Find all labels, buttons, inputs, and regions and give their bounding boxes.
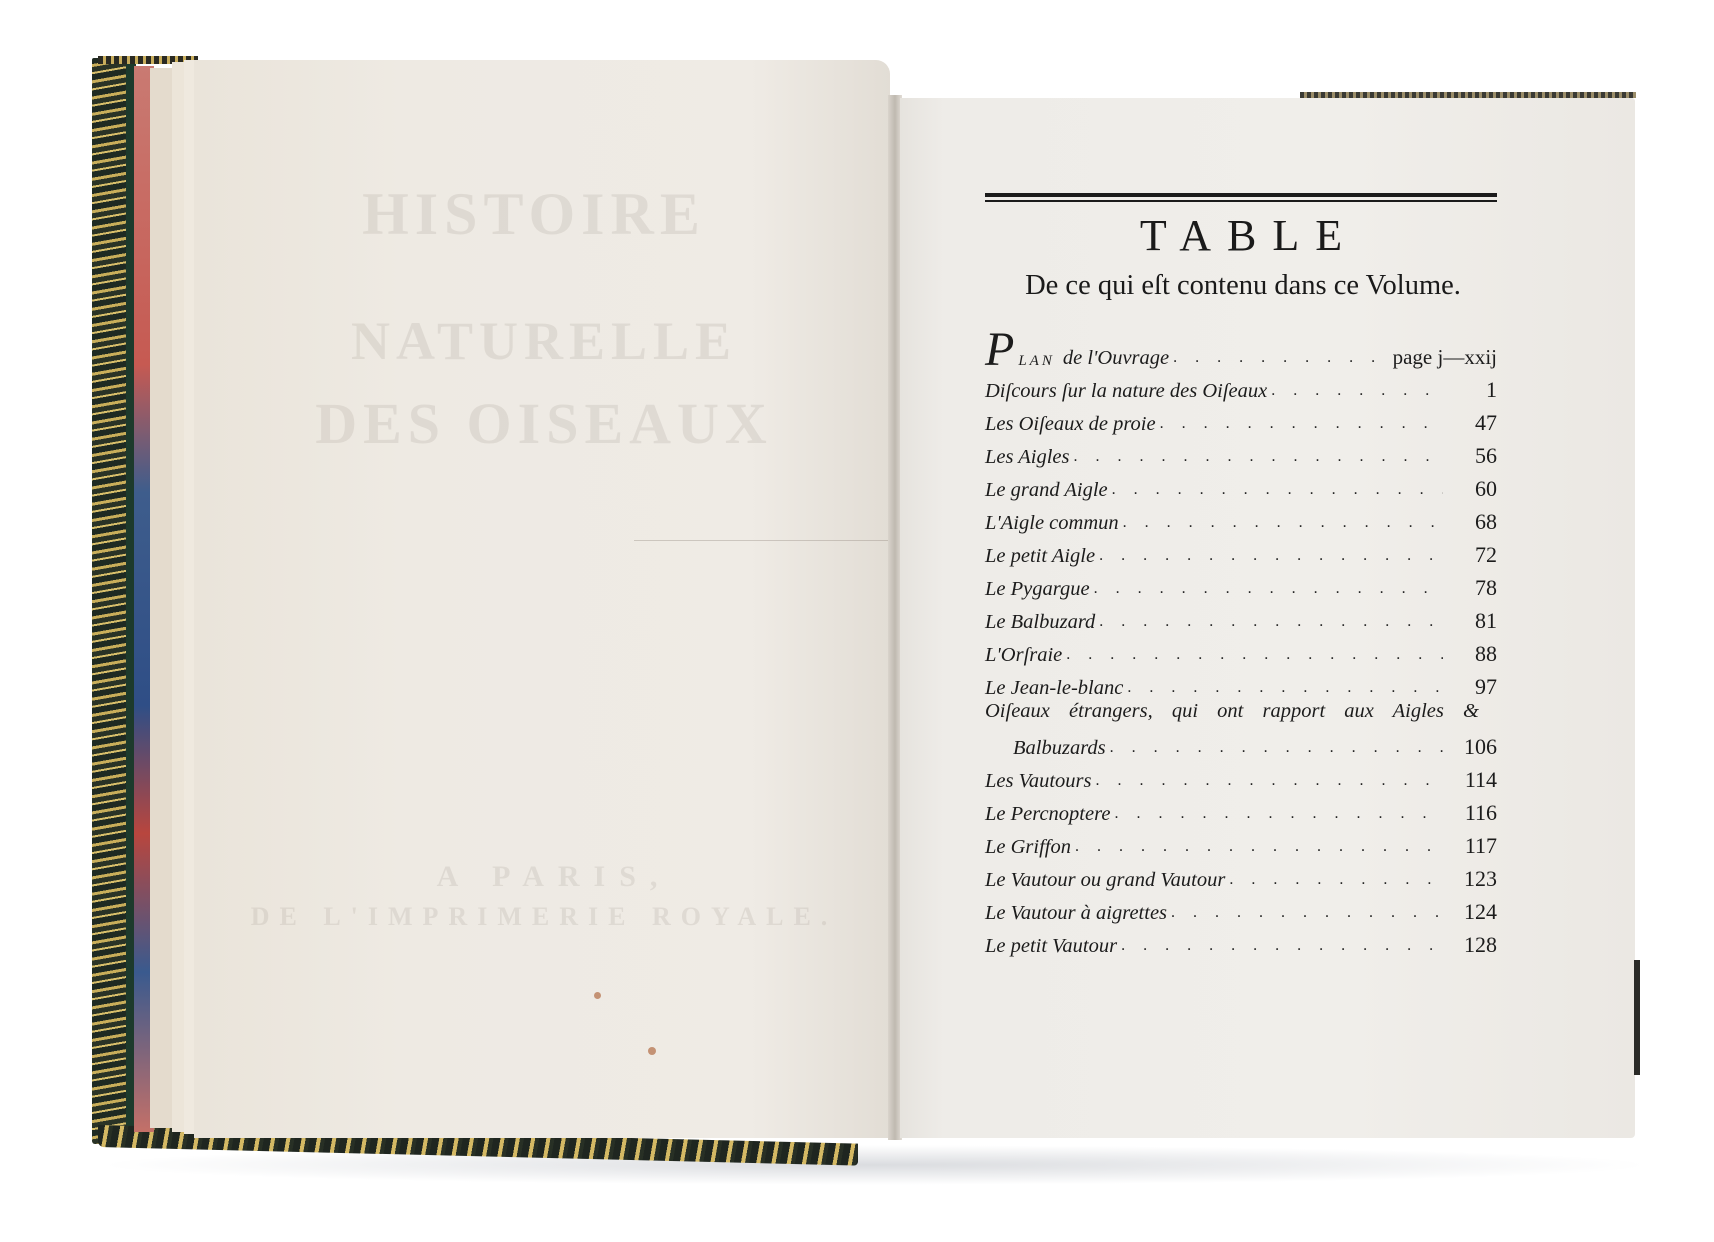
entry-page: 106 [1443,734,1497,760]
entry-line2: Balbuzards . . . . . . . . . . . . . . .… [985,728,1497,760]
entry-page: 1 [1443,377,1497,403]
entry-label: Le Vautour à aigrettes [985,902,1171,925]
drop-cap: P [985,330,1014,370]
entry-page: 60 [1443,476,1497,502]
right-cover-edge [1634,960,1640,1075]
leader-dots: . . . . . . . . . . . . . . . . . . . . … [1094,580,1443,598]
entry-label: Diſcours ſur la nature des Oiſeaux [985,380,1271,403]
leader-dots: . . . . . . . . . . . . . . . . . . . . … [1123,514,1443,532]
entry-label: Les Aigles [985,446,1073,469]
entry-page: 116 [1443,800,1497,826]
foxing-spot [648,1047,656,1055]
entry-label: Le grand Aigle [985,479,1112,502]
toc-entry[interactable]: Le Pygargue. . . . . . . . . . . . . . .… [985,568,1497,601]
toc-entry[interactable]: Le grand Aigle. . . . . . . . . . . . . … [985,469,1497,502]
entry-label: Le Balbuzard [985,611,1099,634]
toc-entry[interactable]: Le Griffon. . . . . . . . . . . . . . . … [985,826,1497,859]
entry-page: 68 [1443,509,1497,535]
header-rule-thick [985,193,1497,197]
toc-entry[interactable]: P LAN de l'Ouvrage . . . . . . . . . . .… [985,330,1497,370]
entry-label-line1: Oiſeaux étrangers, qui ont rapport aux A… [985,700,1497,728]
leader-dots: . . . . . . . . . . . . . . . . . . . . … [1066,646,1443,664]
entry-label: L'Orſraie [985,644,1066,667]
entry-page: 88 [1443,641,1497,667]
toc-subtitle: De ce qui eſt contenu dans ce Volume. [983,270,1503,302]
show-through-line: A PARIS, [274,860,834,894]
entry-label: Le petit Vautour [985,935,1121,958]
left-page[interactable]: HISTOIRE NATURELLE DES OISEAUX A PARIS, … [194,60,890,1138]
toc-entry[interactable]: L'Orſraie. . . . . . . . . . . . . . . .… [985,634,1497,667]
entry-label: Les Vautours [985,770,1096,793]
entry-label: Le Percnoptere [985,803,1114,826]
show-through-line: DES OISEAUX [234,390,854,457]
entry-label: L'Aigle commun [985,512,1123,535]
entry-label: Le petit Aigle [985,545,1099,568]
leader-dots: . . . . . . . . . . . . . . . . . . . . … [1110,739,1443,757]
entry-page: 97 [1443,674,1497,700]
entry-page: 114 [1443,767,1497,793]
leader-dots: . . . . . . . . . . . . . . . . . . . . … [1127,679,1443,697]
entry-label: Le Vautour ou grand Vautour [985,869,1229,892]
entry-label: Les Oiſeaux de proie [985,413,1160,436]
entry-page: 123 [1443,866,1497,892]
leader-dots: . . . . . . . . . . . . . . . . . . . . … [1099,547,1443,565]
toc-entry[interactable]: L'Aigle commun. . . . . . . . . . . . . … [985,502,1497,535]
leader-dots: . . . . . . . . . . . . . . . . . . . . … [1112,481,1443,499]
entry-page: 128 [1443,932,1497,958]
toc-entry[interactable]: Le Balbuzard. . . . . . . . . . . . . . … [985,601,1497,634]
show-through-line: HISTOIRE [214,180,854,249]
toc-entry[interactable]: Le Vautour ou grand Vautour. . . . . . .… [985,859,1497,892]
entry-page: 117 [1443,833,1497,859]
entry-label: Le Jean-le-blanc [985,677,1127,700]
toc-title: TABLE [985,210,1497,261]
entry-page: 72 [1443,542,1497,568]
leader-dots: . . . . . . . . . . . . . . . . . . . . … [1114,805,1443,823]
entry-page: 78 [1443,575,1497,601]
leader-dots: . . . . . . . . . . . . . . . . . . . . … [1099,613,1443,631]
toc-entry[interactable]: Le petit Vautour. . . . . . . . . . . . … [985,925,1497,958]
leader-dots: . . . . . . . . . . . . . . . . . . . . … [1096,772,1443,790]
leader-dots: . . . . . . . . . . . . . . . . . . . . … [1229,871,1443,889]
leader-dots: . . . . . . . . . . . . . . . . . . . . … [1121,937,1443,955]
entry-page: 47 [1443,410,1497,436]
foxing-spot [594,992,601,999]
leader-dots: . . . . . . . . . . . . . . . . . . . . … [1160,415,1443,433]
entry-label: de l'Ouvrage [1063,347,1173,370]
entry-label-line2: Balbuzards [1013,737,1110,760]
leader-dots: . . . . . . . . . . . . . . . . . . . . … [1173,349,1377,367]
entry-page: 81 [1443,608,1497,634]
toc-entry[interactable]: Le Vautour à aigrettes. . . . . . . . . … [985,892,1497,925]
entry-label: Le Griffon [985,836,1075,859]
toc-entry[interactable]: Le Percnoptere. . . . . . . . . . . . . … [985,793,1497,826]
toc-entry[interactable]: Les Vautours. . . . . . . . . . . . . . … [985,760,1497,793]
entry-label: Le Pygargue [985,578,1094,601]
entry-page: 124 [1443,899,1497,925]
toc-list: P LAN de l'Ouvrage . . . . . . . . . . .… [985,330,1497,958]
leader-dots: . . . . . . . . . . . . . . . . . . . . … [1271,382,1443,400]
leader-dots: . . . . . . . . . . . . . . . . . . . . … [1075,838,1443,856]
header-rule-thin [985,200,1497,202]
entry-page: page j—xxij [1377,345,1497,370]
toc-entry[interactable]: Le petit Aigle. . . . . . . . . . . . . … [985,535,1497,568]
toc-entry[interactable]: Diſcours ſur la nature des Oiſeaux. . . … [985,370,1497,403]
toc-entry[interactable]: Le Jean-le-blanc. . . . . . . . . . . . … [985,667,1497,700]
toc-entry[interactable]: Oiſeaux étrangers, qui ont rapport aux A… [985,700,1497,760]
leader-dots: . . . . . . . . . . . . . . . . . . . . … [1171,904,1443,922]
entry-page: 56 [1443,443,1497,469]
show-through-line: DE L'IMPRIMERIE ROYALE. [234,902,854,932]
leader-dots: . . . . . . . . . . . . . . . . . . . . … [1073,448,1443,466]
toc-entry[interactable]: Les Oiſeaux de proie. . . . . . . . . . … [985,403,1497,436]
entry-smallcaps: LAN [1018,353,1055,370]
toc-entry[interactable]: Les Aigles. . . . . . . . . . . . . . . … [985,436,1497,469]
show-through-line: NATURELLE [234,310,854,372]
